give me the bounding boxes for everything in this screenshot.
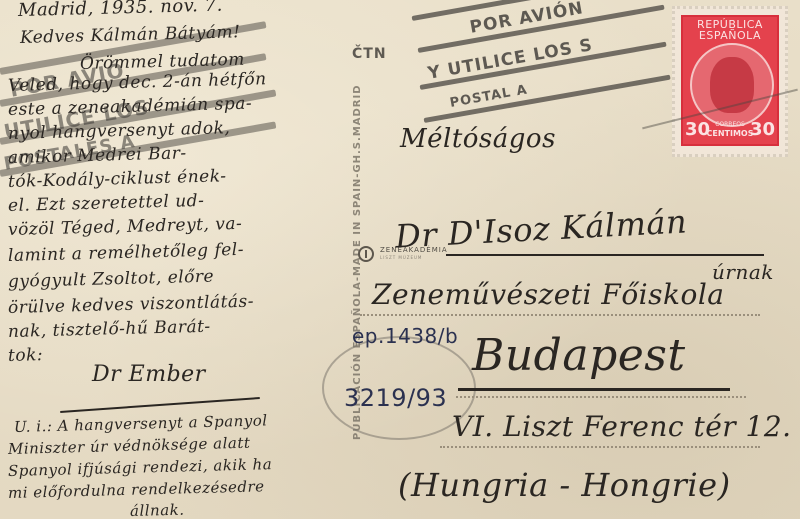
postscript-line: állnak. [130,501,185,519]
city-underline [458,388,730,391]
message-line: lamint a remélhetőleg fel- [8,240,245,266]
recipient-name: Dr D'Isoz Kálmán [394,202,688,255]
museum-subtitle: LISZT MÚZEUM [380,254,448,262]
stamp-denomination-text: CENTIMOS [705,129,755,138]
stamp-service: CORREOS [705,120,755,129]
postcard: POR AVIÓ UTILICE LOS POSTALES A ČTN POR … [0,0,800,519]
signature: Dr Ember [92,362,206,387]
message-line: tók-Kodály-ciklust ének- [8,166,227,192]
street: VI. Liszt Ferenc tér 12. [452,410,792,443]
museum-logo-icon [358,246,374,262]
institution: Zeneművészeti Főiskola [372,278,724,311]
catalog-number: 3219/93 [344,384,447,412]
stamp-portrait [690,43,774,127]
salutation: Méltóságos [400,124,556,154]
postscript-line: Spanyol ifjúsági rendezi, akik ha [8,455,273,480]
postmark-corner-mark: ČTN [352,46,387,62]
postscript-line: mi előfordulna rendelkezésedre [8,477,265,502]
postscript-line: U. i.: A hangversenyt a Spanyol [14,411,268,436]
signature-flourish [60,397,260,413]
message-line: el. Ezt szeretettel ud- [8,191,205,216]
message-line: amikor Medrei Bar- [8,143,187,168]
address-dotted-line-1 [360,314,760,316]
stamp-country-line2: ESPAÑOLA [683,30,777,41]
address-dotted-line-2 [456,396,746,398]
message-line: tok: [8,345,44,366]
city: Budapest [472,330,686,381]
postage-stamp: REPÚBLICA ESPAÑOLA 30 30 CORREOS CENTIMO… [672,6,788,157]
message-line: Kedves Kálmán Bátyám! [20,22,241,48]
message-line: örülve kedves viszontlátás- [8,292,255,318]
message-line: nak, tisztelő-hű Barát- [8,317,211,342]
inventory-number: ep.1438/b [352,324,458,348]
message-line: vözöl Téged, Medreyt, va- [8,214,243,240]
message-line: gyógyult Zsoltot, előre [8,267,215,292]
recipient-underline [446,254,764,256]
country: (Hungria - Hongrie) [398,466,731,504]
address-dotted-line-3 [440,446,760,448]
postscript-line: Miniszter úr védnöksége alatt [8,434,251,458]
stamp-denomination: CORREOS CENTIMOS [705,120,755,138]
date-line: Madrid, 1935. nov. 7. [18,0,223,21]
